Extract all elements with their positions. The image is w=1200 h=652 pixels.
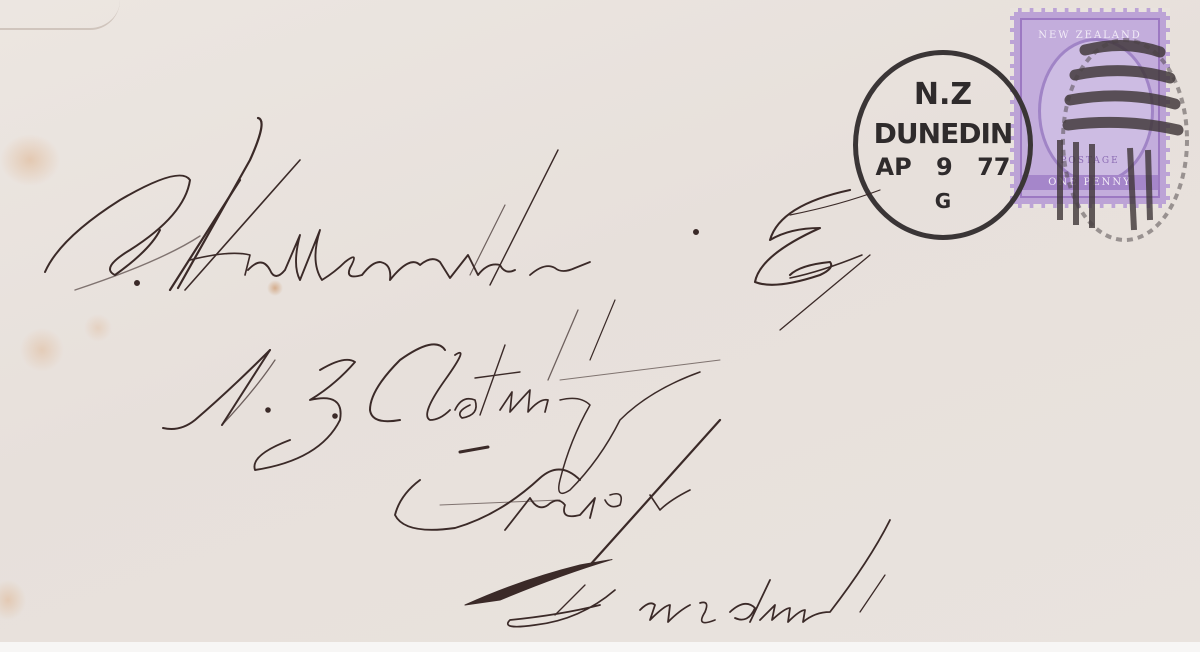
scan-margin bbox=[0, 642, 1200, 652]
handwritten-address bbox=[0, 0, 1200, 642]
envelope: NEW ZEALAND POSTAGE ONE PENNY N.Z DUNEDI… bbox=[0, 0, 1200, 642]
